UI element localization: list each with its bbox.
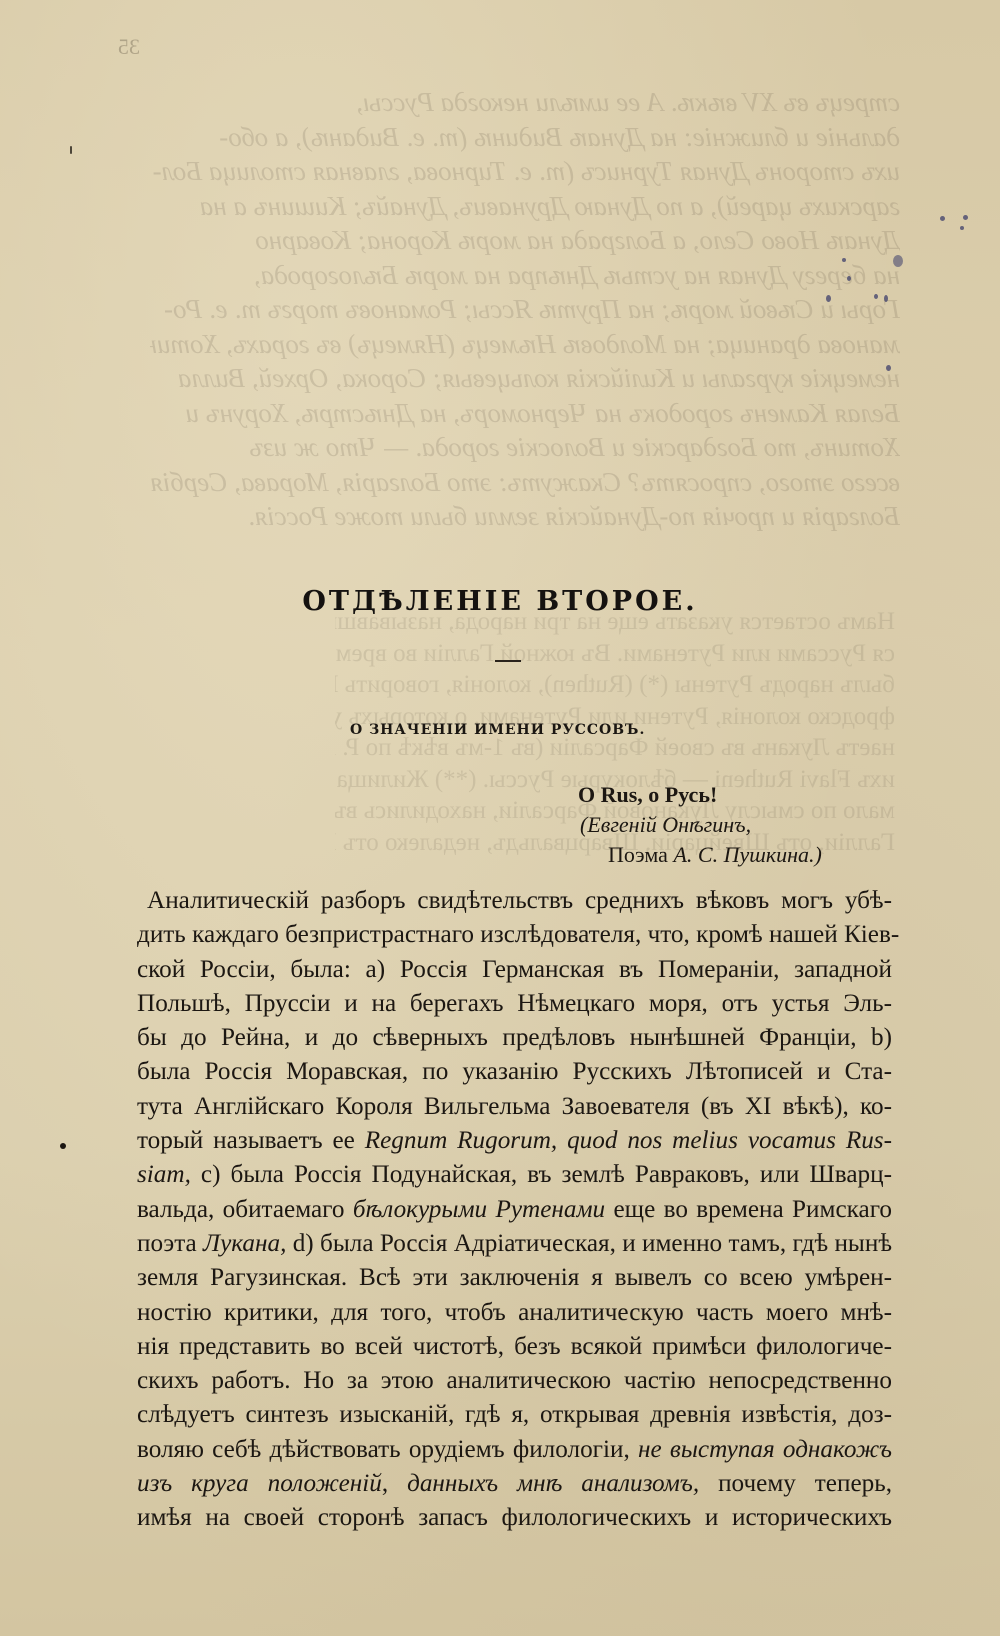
- ink-speck: [940, 216, 945, 221]
- bleed-through-line: на берегу Дуная на устьѣ Днѣпра на морѣ …: [150, 258, 900, 293]
- text-line: siam, с) была Россія Подунайская, въ зем…: [137, 1158, 892, 1192]
- scanned-book-page: 35 стрецъ въ XV вѣкѣ. А ее имѣли некогда…: [0, 0, 1000, 1636]
- italic-run: Regnum Rugorum, quod nos melius vocamus …: [365, 1127, 892, 1154]
- body-paragraph: Аналитическій разборъ свидѣтельствъ сред…: [137, 884, 892, 1536]
- ink-speck: [886, 365, 891, 371]
- italic-run: не выступая однакожъ: [638, 1436, 892, 1463]
- epigraph-source-author: Поэма А. С. Пушкина.): [608, 840, 822, 870]
- text-run: d) была Россія Адріатическая, и именно т…: [286, 1230, 892, 1257]
- bleed-through-line: дальніе и ближніе: на Дунаѣ Видинѣ (т. е…: [150, 120, 900, 155]
- section-divider: [495, 660, 521, 662]
- text-run: Аналитическій разборъ свидѣтельствъ сред…: [147, 887, 892, 914]
- text-run: вальда, обитаемаго: [137, 1196, 353, 1223]
- text-run: ,: [382, 1470, 407, 1497]
- text-line: скихъ работъ. Но за этою аналитическою ч…: [137, 1364, 892, 1398]
- bleed-through-line: всего этого, спросятъ? Скажутъ: это Болг…: [150, 465, 900, 500]
- ink-speck: [963, 215, 968, 220]
- text-line: слѣдуетъ синтезъ изысканій, гдѣ я, откры…: [137, 1398, 892, 1432]
- bleed-through-line: Горы и Сѣвой морѣ; на Прутѣ Яссы; Романо…: [150, 292, 900, 327]
- bleed-through-line: немецкіе кургалы и Килійскія кольцевыя; …: [150, 361, 900, 396]
- text-run: была Россія Моравская, по указанію Русск…: [137, 1058, 892, 1085]
- text-line: ской Россіи, была: а) Россія Германская …: [137, 953, 892, 987]
- bleed-through-line: Дунаѣ Ново Село, а Болграда на морѣ Коро…: [150, 223, 900, 258]
- margin-mark: [60, 1143, 66, 1149]
- epigraph-source-title: (Евгеній Онѣгинъ,: [580, 810, 822, 840]
- text-line: Польшѣ, Пруссіи и на берегахъ Нѣмецкаго …: [137, 987, 892, 1021]
- bleed-through-line: манова драница; на Молдовѣ Нѣмецъ (Нямец…: [150, 327, 900, 362]
- bleed-through-line: Болгарія и прочія по-Дунайскія земли был…: [150, 499, 900, 534]
- ink-speck: [893, 255, 903, 267]
- bleed-through-line: гарскихъ царей), а по Дунаю Друнавиъ, Ду…: [150, 189, 900, 224]
- text-line: ностію критики, для того, чтобъ аналитич…: [137, 1296, 892, 1330]
- text-run: торый называетъ ее: [137, 1127, 365, 1154]
- text-run: нія представить во всей чистотѣ, безъ вс…: [137, 1333, 892, 1360]
- ink-speck: [70, 146, 72, 154]
- section-subheading: О ЗНАЧЕНІИ ИМЕНИ РУССОВЪ.: [350, 722, 645, 738]
- italic-run: изъ круга положеній: [137, 1470, 382, 1497]
- text-line: вальда, обитаемаго бѣлокурыми Рутенами е…: [137, 1193, 892, 1227]
- text-line: поэта Лукана, d) была Россія Адріатическ…: [137, 1227, 892, 1261]
- text-run: бы до Рейна, и до сѣверныхъ предѣловъ ны…: [137, 1024, 892, 1051]
- text-line: торый называетъ ее Regnum Rugorum, quod …: [137, 1124, 892, 1158]
- ink-speck: [826, 295, 831, 302]
- text-line: Аналитическій разборъ свидѣтельствъ сред…: [137, 884, 892, 918]
- epigraph-motto: О Rus, о Русь!: [578, 780, 822, 810]
- ink-speck: [884, 295, 888, 302]
- page-number-bleed-through: 35: [118, 34, 140, 60]
- text-run: ской Россіи, была: а) Россія Германская …: [137, 956, 892, 983]
- italic-run: siam,: [137, 1161, 191, 1188]
- text-run: скихъ работъ. Но за этою аналитическою ч…: [137, 1367, 892, 1394]
- text-run: воляю себѣ дѣйствовать орудіемъ филологі…: [137, 1436, 638, 1463]
- text-run: имѣя на своей сторонѣ запасъ филологичес…: [137, 1504, 892, 1531]
- text-run: дить каждаго безпристрастнаго изслѣдоват…: [137, 921, 899, 948]
- text-line: имѣя на своей сторонѣ запасъ филологичес…: [137, 1501, 892, 1535]
- text-line: бы до Рейна, и до сѣверныхъ предѣловъ ны…: [137, 1021, 892, 1055]
- ink-speck: [960, 226, 964, 230]
- text-run: с) была Россія Подунайская, въ землѣ Рав…: [191, 1161, 892, 1188]
- text-run: ностію критики, для того, чтобъ аналитич…: [137, 1299, 892, 1326]
- bleed-through-line: ся Руссами или Рутенами. Въ южной Галліи…: [335, 638, 895, 670]
- ink-speck: [842, 258, 846, 262]
- section-heading: ОТДѢЛЕНІЕ ВТОРОЕ.: [0, 586, 1000, 617]
- text-run: еще во времена Римскаго: [605, 1196, 892, 1223]
- italic-run: данныхъ мнѣ анализомъ,: [407, 1470, 699, 1497]
- text-run: почему теперь,: [699, 1470, 892, 1497]
- bleed-through-line: стрецъ въ XV вѣкѣ. А ее имѣли некогда Ру…: [150, 85, 900, 120]
- text-line: дить каждаго безпристрастнаго изслѣдоват…: [137, 918, 892, 952]
- text-run: тута Англійскаго Короля Вильгельма Завое…: [137, 1093, 892, 1120]
- text-line: была Россія Моравская, по указанію Русск…: [137, 1055, 892, 1089]
- text-run: поэта: [137, 1230, 203, 1257]
- bleed-through-line: ихъ сторонъ Дуная Турнисъ (т. е. Тирнова…: [150, 154, 900, 189]
- text-line: земля Рагузинская. Всѣ эти заключенія я …: [137, 1261, 892, 1295]
- text-line: тута Англійскаго Короля Вильгельма Завое…: [137, 1090, 892, 1124]
- text-run: земля Рагузинская. Всѣ эти заключенія я …: [137, 1264, 892, 1291]
- italic-run: Лукана,: [203, 1230, 286, 1257]
- text-line: изъ круга положеній, данныхъ мнѣ анализо…: [137, 1467, 892, 1501]
- bleed-through-line: былъ народъ Рутены (*) (Ruthen), колонія…: [335, 669, 895, 701]
- text-run: слѣдуетъ синтезъ изысканій, гдѣ я, откры…: [137, 1401, 892, 1428]
- bleed-through-text-upper: стрецъ въ XV вѣкѣ. А ее имѣли некогда Ру…: [150, 85, 900, 534]
- italic-run: бѣлокурыми Рутенами: [353, 1196, 605, 1223]
- epigraph: О Rus, о Русь! (Евгеній Онѣгинъ, Поэма А…: [578, 780, 822, 870]
- ink-speck: [847, 276, 851, 281]
- bleed-through-line: Хотинъ, то Богдарскіе и Волоскіе города.…: [150, 430, 900, 465]
- bleed-through-line: Белая Каменъ городокъ на Черноморъ, на Д…: [150, 396, 900, 431]
- ink-speck: [874, 294, 878, 299]
- text-line: воляю себѣ дѣйствовать орудіемъ филологі…: [137, 1433, 892, 1467]
- text-run: Польшѣ, Пруссіи и на берегахъ Нѣмецкаго …: [137, 990, 892, 1017]
- text-line: нія представить во всей чистотѣ, безъ вс…: [137, 1330, 892, 1364]
